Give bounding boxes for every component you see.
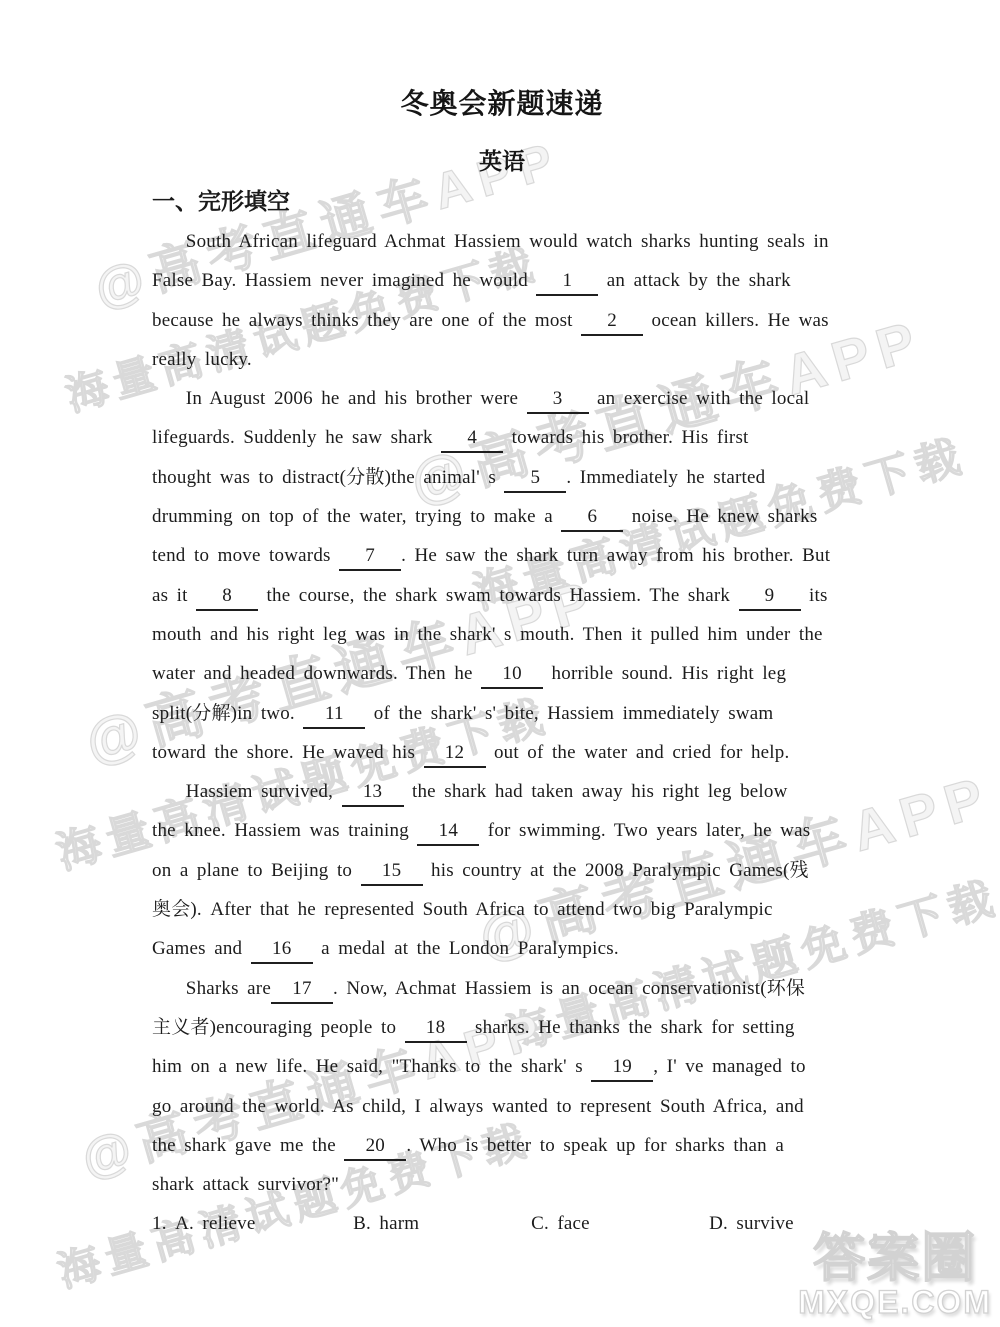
- cloze-blank: 3: [527, 388, 589, 414]
- passage-line: on a plane to Beijing to 15 his country …: [152, 851, 852, 890]
- passage-line: toward the shore. He waved his 12 out of…: [152, 733, 852, 772]
- passage-line: 主义者)encouraging people to 18 sharks. He …: [152, 1008, 852, 1047]
- passage-line: mouth and his right leg was in the shark…: [152, 615, 852, 654]
- choice-c: C. face: [531, 1204, 709, 1243]
- passage-line: water and headed downwards. Then he 10 h…: [152, 654, 852, 693]
- cloze-blank: 10: [481, 663, 543, 689]
- passage-line: drumming on top of the water, trying to …: [152, 497, 852, 536]
- site-logo: 答案圈 MXQE.COM: [798, 1230, 992, 1319]
- passage-line: Hassiem survived, 13 the shark had taken…: [152, 772, 852, 811]
- passage-line: thought was to distract(分散)the animal' s…: [152, 458, 852, 497]
- question-row: 1. A. relieveB. harmC. faceD. survive: [152, 1204, 852, 1243]
- cloze-blank: 11: [303, 703, 365, 729]
- cloze-blank: 4: [441, 427, 503, 453]
- choice-d: D. survive: [709, 1204, 794, 1243]
- passage-line: tend to move towards 7. He saw the shark…: [152, 536, 852, 575]
- cloze-blank: 16: [251, 938, 313, 964]
- cloze-blank: 1: [536, 270, 598, 296]
- passage-line: 奥会). After that he represented South Afr…: [152, 890, 852, 929]
- logo-brand: 答案圈: [798, 1230, 992, 1287]
- cloze-blank: 20: [344, 1135, 406, 1161]
- page-title: 冬奥会新题速递: [152, 88, 852, 122]
- exam-paper-page: @高考直通车APP 海量高清试题免费下载 @高考直通车APP 海量高清试题免费下…: [0, 0, 1000, 1327]
- passage-line: really lucky.: [152, 340, 852, 379]
- passage-line: lifeguards. Suddenly he saw shark 4 towa…: [152, 418, 852, 457]
- cloze-blank: 13: [342, 781, 404, 807]
- cloze-blank: 17: [271, 978, 333, 1004]
- passage-line: Games and 16 a medal at the London Paral…: [152, 929, 852, 968]
- passage-line: False Bay. Hassiem never imagined he wou…: [152, 261, 852, 300]
- cloze-blank: 15: [361, 860, 423, 886]
- logo-site-url: MXQE.COM: [798, 1285, 992, 1319]
- passage-line: him on a new life. He said, "Thanks to t…: [152, 1047, 852, 1086]
- passage-line: split(分解)in two. 11 of the shark' s' bit…: [152, 694, 852, 733]
- passage-line: shark attack survivor?": [152, 1165, 852, 1204]
- cloze-blank: 7: [339, 545, 401, 571]
- cloze-blank: 5: [504, 467, 566, 493]
- cloze-blank: 19: [591, 1056, 653, 1082]
- passage-line: the knee. Hassiem was training 14 for sw…: [152, 811, 852, 850]
- cloze-blank: 8: [196, 585, 258, 611]
- logo-circle-glyph: 圈: [921, 1230, 977, 1286]
- cloze-blank: 2: [581, 310, 643, 336]
- choice-a: A. relieve: [175, 1204, 353, 1243]
- cloze-blank: 14: [417, 820, 479, 846]
- passage-line: go around the world. As child, I always …: [152, 1087, 852, 1126]
- document-content: 冬奥会新题速递 英语 一、完形填空 South African lifeguar…: [152, 0, 852, 1244]
- section-heading: 一、完形填空: [152, 188, 852, 216]
- choice-b: B. harm: [353, 1204, 531, 1243]
- passage-line: South African lifeguard Achmat Hassiem w…: [152, 222, 852, 261]
- cloze-blank: 12: [424, 742, 486, 768]
- question-number: 1.: [152, 1213, 175, 1234]
- cloze-blank: 9: [739, 585, 801, 611]
- passage-line: because he always thinks they are one of…: [152, 301, 852, 340]
- cloze-passage: South African lifeguard Achmat Hassiem w…: [152, 222, 852, 1204]
- passage-line: In August 2006 he and his brother were 3…: [152, 379, 852, 418]
- page-subtitle: 英语: [152, 148, 852, 176]
- passage-line: Sharks are17. Now, Achmat Hassiem is an …: [152, 969, 852, 1008]
- passage-line: the shark gave me the 20. Who is better …: [152, 1126, 852, 1165]
- cloze-blank: 6: [561, 506, 623, 532]
- cloze-blank: 18: [405, 1017, 467, 1043]
- passage-line: as it 8 the course, the shark swam towar…: [152, 576, 852, 615]
